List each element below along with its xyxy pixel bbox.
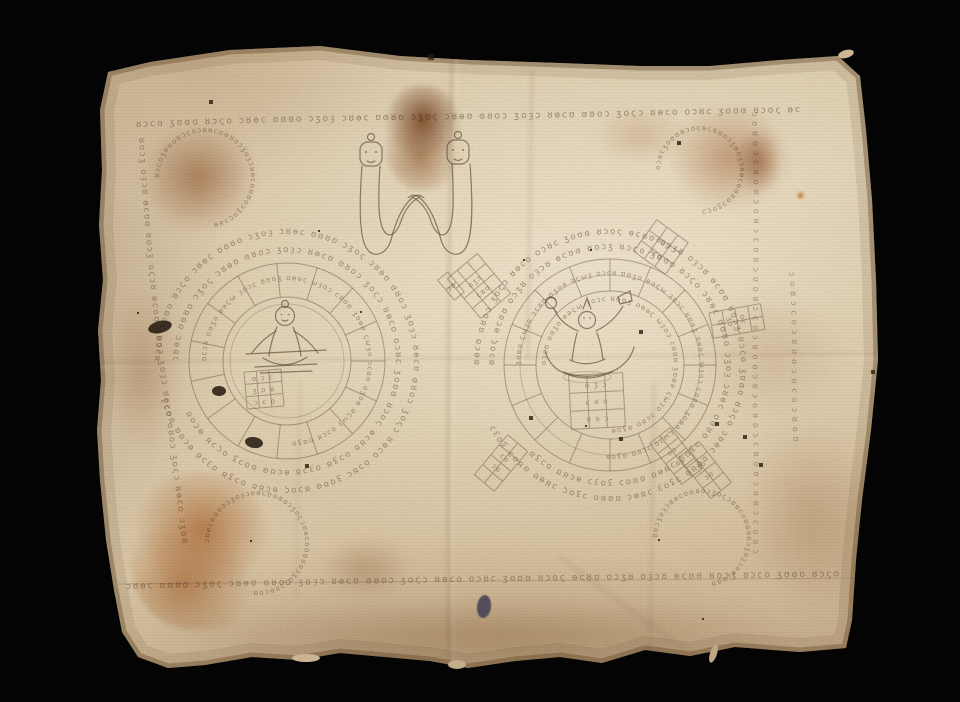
- frayed-thread: [448, 660, 466, 669]
- frayed-thread: [292, 654, 320, 662]
- photo-stage: ȣɔco ʒʊɞo ȣɔςo ɔȣɵc ʊɞȣo ɔʒoȝ ɔȣɵc ʊɞȣo …: [0, 0, 960, 702]
- ink-blot: [212, 386, 226, 396]
- dark-speckles: [0, 0, 2, 2]
- cloth-grain-texture: [95, 44, 885, 672]
